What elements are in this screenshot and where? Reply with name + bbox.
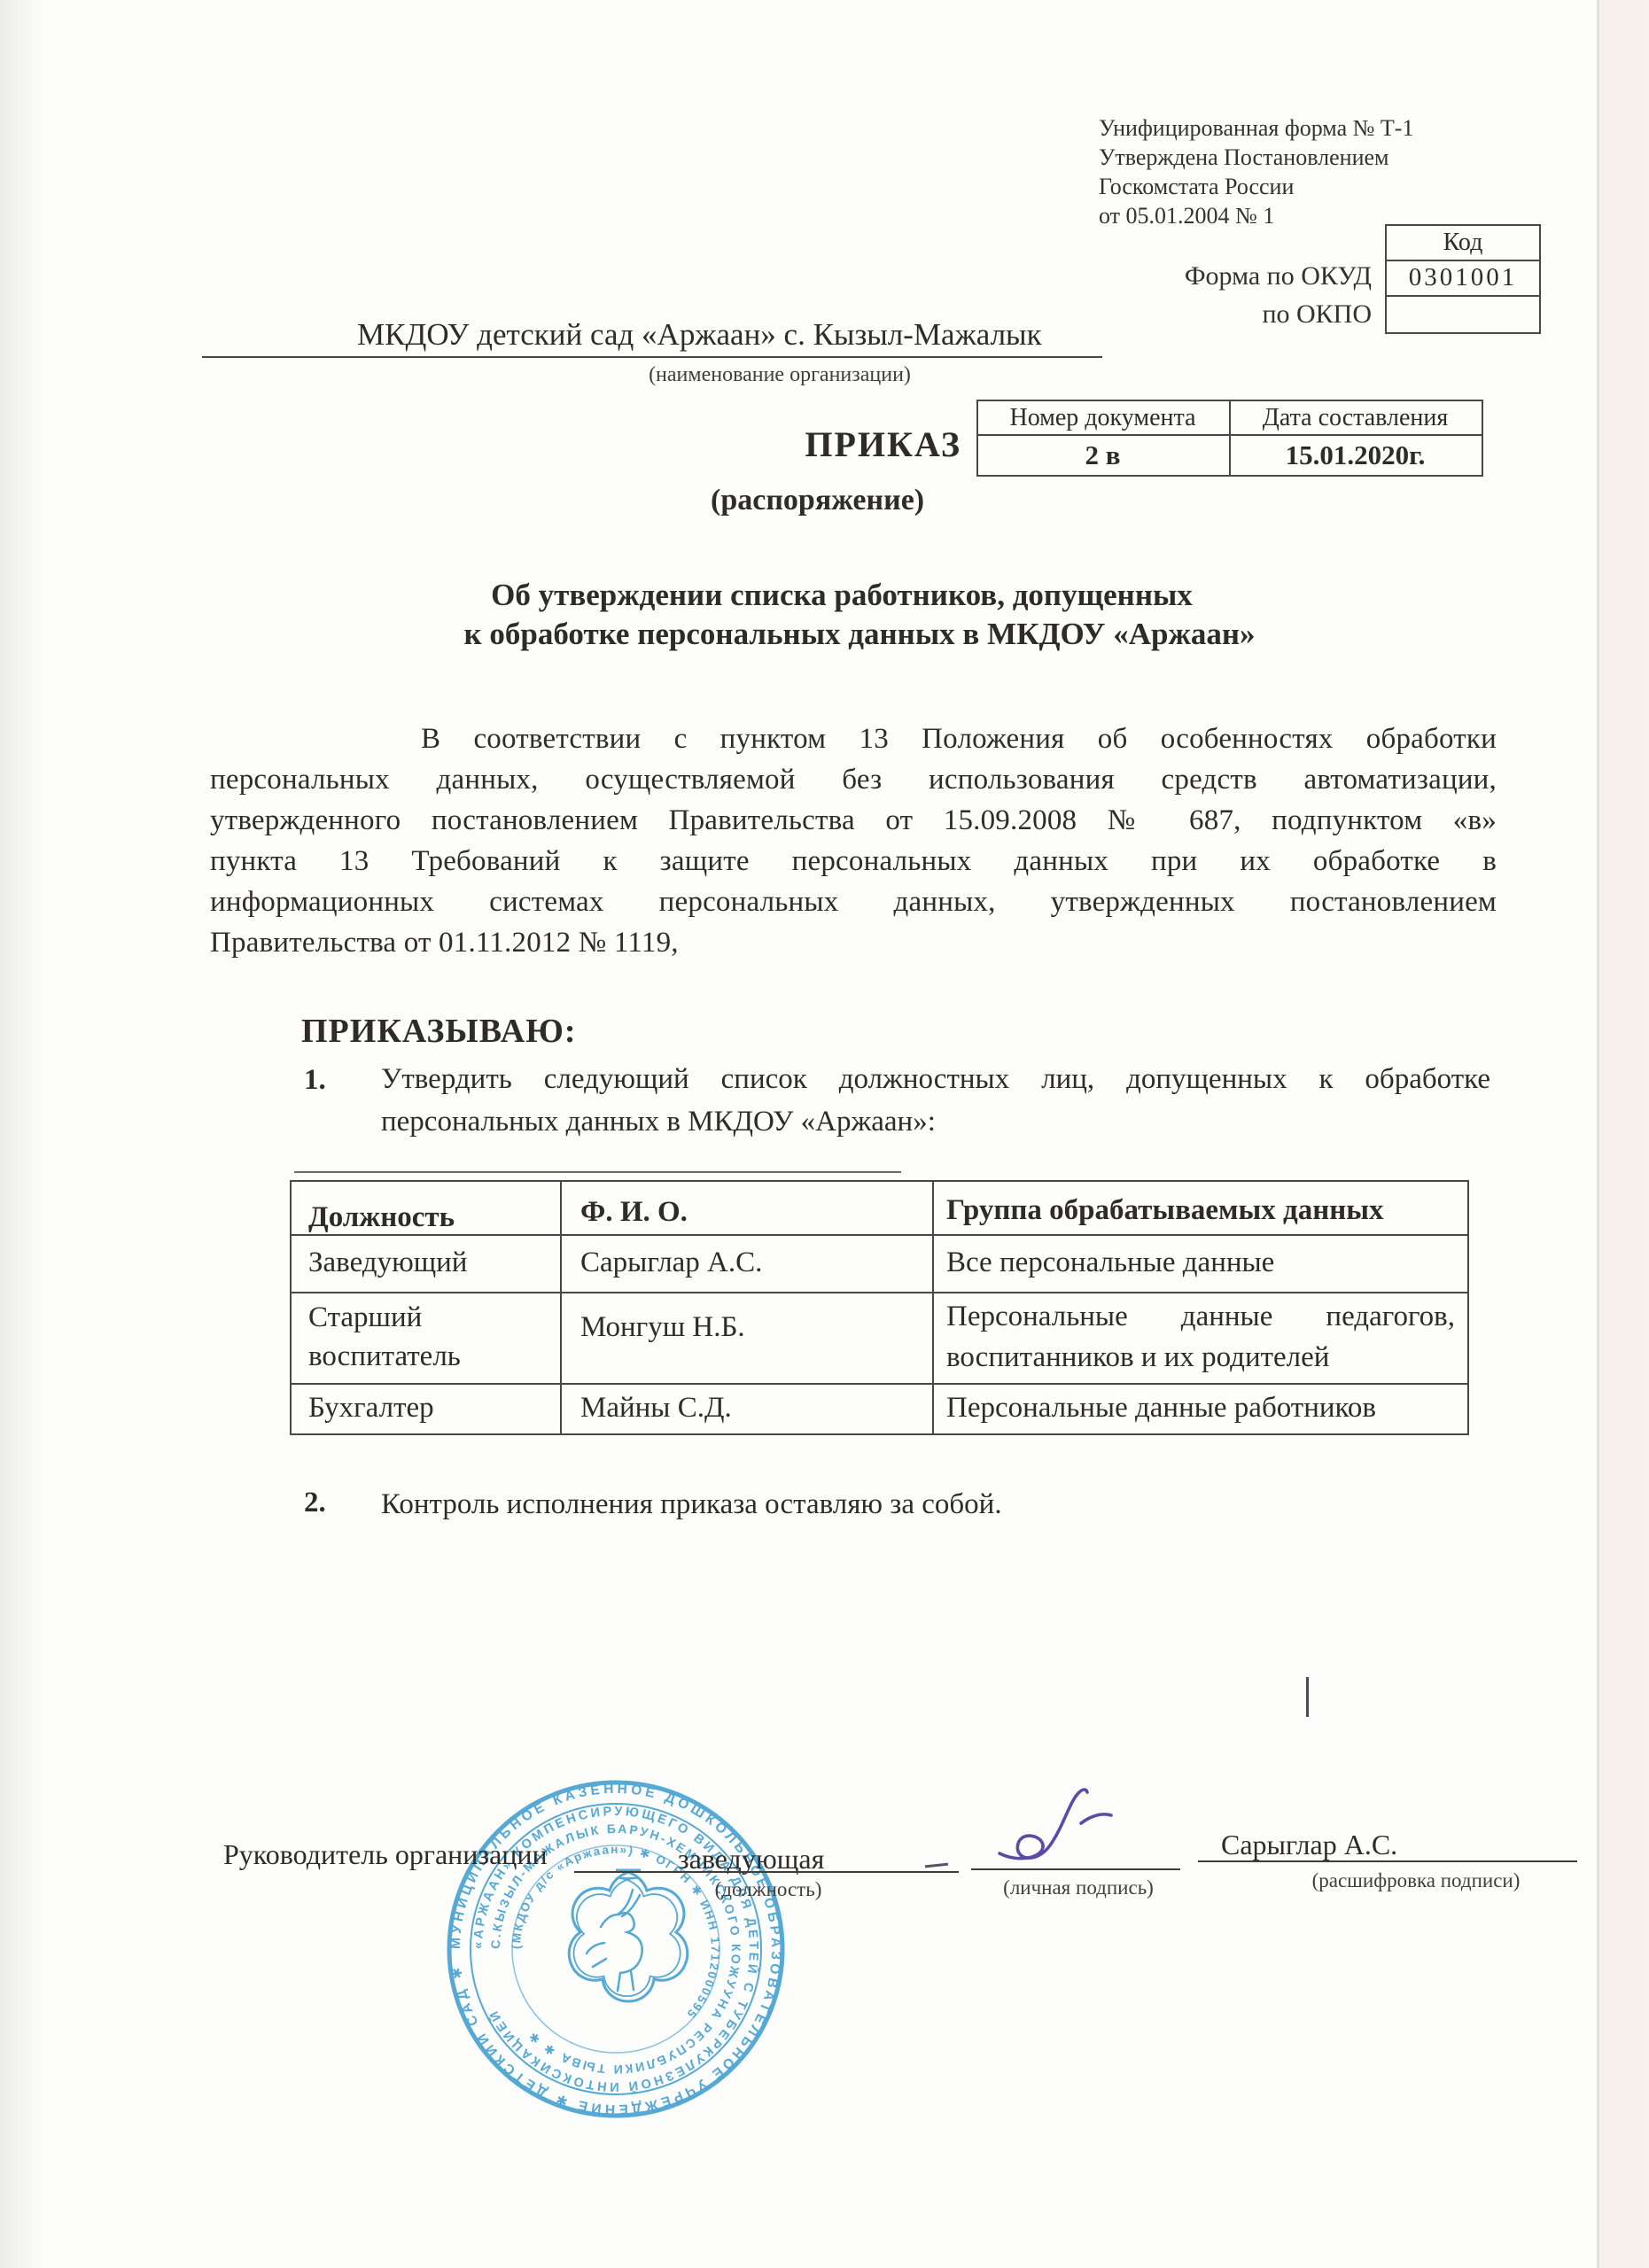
order-title: ПРИКАЗ <box>603 423 961 465</box>
order-subtitle: (распоряжение) <box>711 484 924 517</box>
doc-date-header: Дата составления <box>1229 404 1482 432</box>
table-header-data-group: Группа обрабатываемых данных <box>946 1180 1455 1238</box>
table-border <box>290 1180 292 1433</box>
form-note-line: Госкомстата России <box>1099 172 1542 201</box>
table-cell: Сарыглар А.С. <box>580 1234 917 1292</box>
table-cell: Бухгалтер <box>308 1383 548 1433</box>
item-1-line-1: Утвердить следующий список должностных л… <box>381 1063 1490 1096</box>
table-cell: Персональные данные работников <box>946 1383 1455 1433</box>
doc-date-value: 15.01.2020г. <box>1229 439 1482 471</box>
form-note-block: Унифицированная форма № Т-1 Утверждена П… <box>1099 113 1542 230</box>
item-1-line-2: персональных данных в МКДОУ «Аржаан»: <box>381 1106 936 1138</box>
doc-number-value: 2 в <box>976 439 1229 471</box>
code-box-border <box>1385 224 1541 226</box>
table-border <box>932 1180 934 1433</box>
table-cell: Все персональные данные <box>946 1234 1455 1292</box>
paper-right-margin-shade <box>1599 0 1649 2268</box>
table-cell: Старший воспитатель <box>308 1292 530 1383</box>
stamp-goat-figure <box>587 1890 642 1991</box>
body-line: информационных системах персональных дан… <box>210 886 1497 919</box>
pen-tick-mark <box>1306 1677 1309 1717</box>
handwritten-signature <box>975 1772 1152 1878</box>
table-header-fio: Ф. И. О. <box>580 1180 917 1239</box>
form-note-line: Унифицированная форма № Т-1 <box>1099 113 1542 143</box>
round-stamp: МУНИЦИПАЛЬНОЕ КАЗЕННОЕ ДОШКОЛЬНОЕ ОБРАЗО… <box>441 1775 790 2124</box>
subject-line-2: к обработке персональных данных в МКДОУ … <box>310 617 1409 652</box>
position-caption: (должность) <box>657 1878 879 1901</box>
form-note-line: от 05.01.2004 № 1 <box>1099 201 1542 230</box>
organization-underline <box>202 356 1102 358</box>
code-box-border <box>1385 332 1541 334</box>
paper-left-edge-shadow <box>0 0 46 2268</box>
pen-dash <box>925 1863 948 1868</box>
code-box-header: Код <box>1385 229 1541 257</box>
item-2-number: 2. <box>304 1487 326 1519</box>
position-underline <box>574 1871 959 1873</box>
organization-caption: (наименование организации) <box>478 363 1081 387</box>
leader-role-label: Руководитель организации <box>223 1838 548 1871</box>
table-border <box>290 1433 1469 1435</box>
table-border <box>560 1180 562 1433</box>
item-2-text: Контроль исполнения приказа оставляю за … <box>381 1488 1002 1521</box>
form-note-line: Утверждена Постановлением <box>1099 143 1542 172</box>
table-scan-double-line <box>294 1171 901 1173</box>
okud-label: Форма по ОКУД <box>1019 261 1372 291</box>
body-line: пункта 13 Требований к защите персональн… <box>210 845 1497 878</box>
body-line: Правительства от 01.11.2012 № 1119, <box>210 927 1497 959</box>
table-cell: Майны С.Д. <box>580 1383 917 1433</box>
doc-number-header: Номер документа <box>976 404 1229 432</box>
doc-table-border <box>1482 400 1483 475</box>
resolution-heading: ПРИКАЗЫВАЮ: <box>301 1012 577 1051</box>
table-cell: Заведующий <box>308 1234 548 1292</box>
name-value: Сарыглар А.С. <box>1221 1829 1397 1861</box>
code-box-border <box>1385 260 1541 261</box>
item-1-number: 1. <box>304 1064 326 1097</box>
organization-name: МКДОУ детский сад «Аржаан» с. Кызыл-Мажа… <box>357 317 1042 353</box>
table-cell: Персональные данные педагогов, воспитанн… <box>946 1292 1455 1383</box>
doc-table-border <box>976 475 1483 477</box>
document-page: Унифицированная форма № Т-1 Утверждена П… <box>0 0 1649 2268</box>
code-box-border <box>1385 295 1541 297</box>
name-underline <box>1198 1860 1577 1862</box>
body-line: персональных данных, осуществляемой без … <box>210 764 1497 796</box>
personal-sign-caption: (личная подпись) <box>968 1876 1189 1899</box>
body-line: В соответствии с пунктом 13 Положения об… <box>210 723 1497 756</box>
body-line: утвержденного постановлением Правительст… <box>210 804 1497 837</box>
subject-line-1: Об утверждении списка работников, допуще… <box>310 578 1373 613</box>
okpo-label: по ОКПО <box>1019 299 1372 330</box>
table-border <box>1467 1180 1469 1433</box>
name-caption: (расшифровка подписи) <box>1239 1869 1593 1892</box>
okud-code-value: 0301001 <box>1385 263 1541 292</box>
